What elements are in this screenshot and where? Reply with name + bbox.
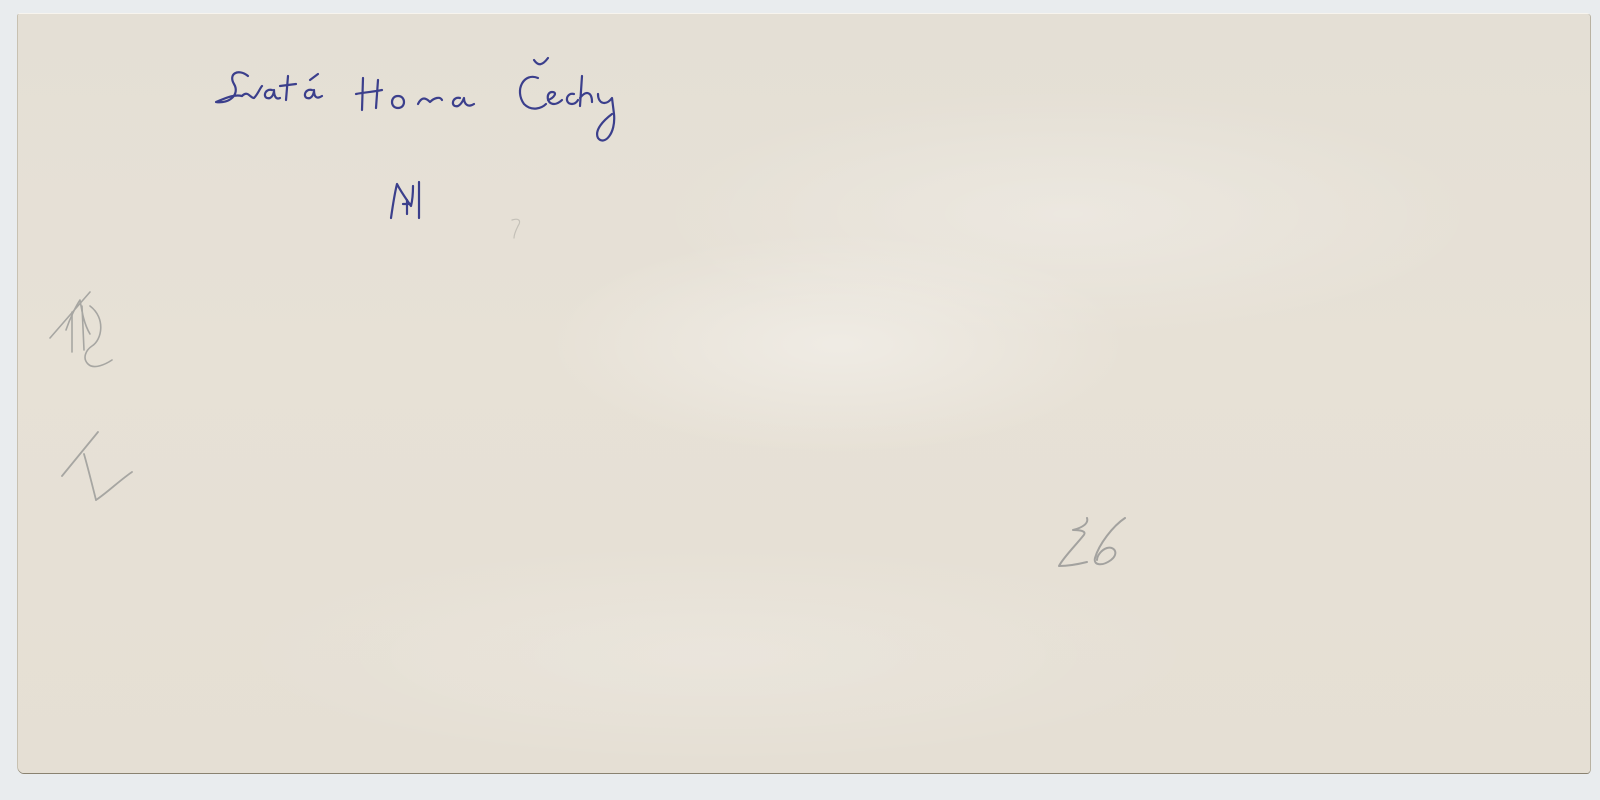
pencil-monogram: M [36,288,126,388]
handwritten-title: Svatá Hora Čechy [208,54,638,174]
pencil-tick [508,214,528,244]
pencil-mark: T [58,414,148,514]
card-back: Svatá Hora Čechy M [18,14,1590,773]
ink-monogram: M [381,174,441,234]
pencil-number: 26 [1053,504,1143,574]
